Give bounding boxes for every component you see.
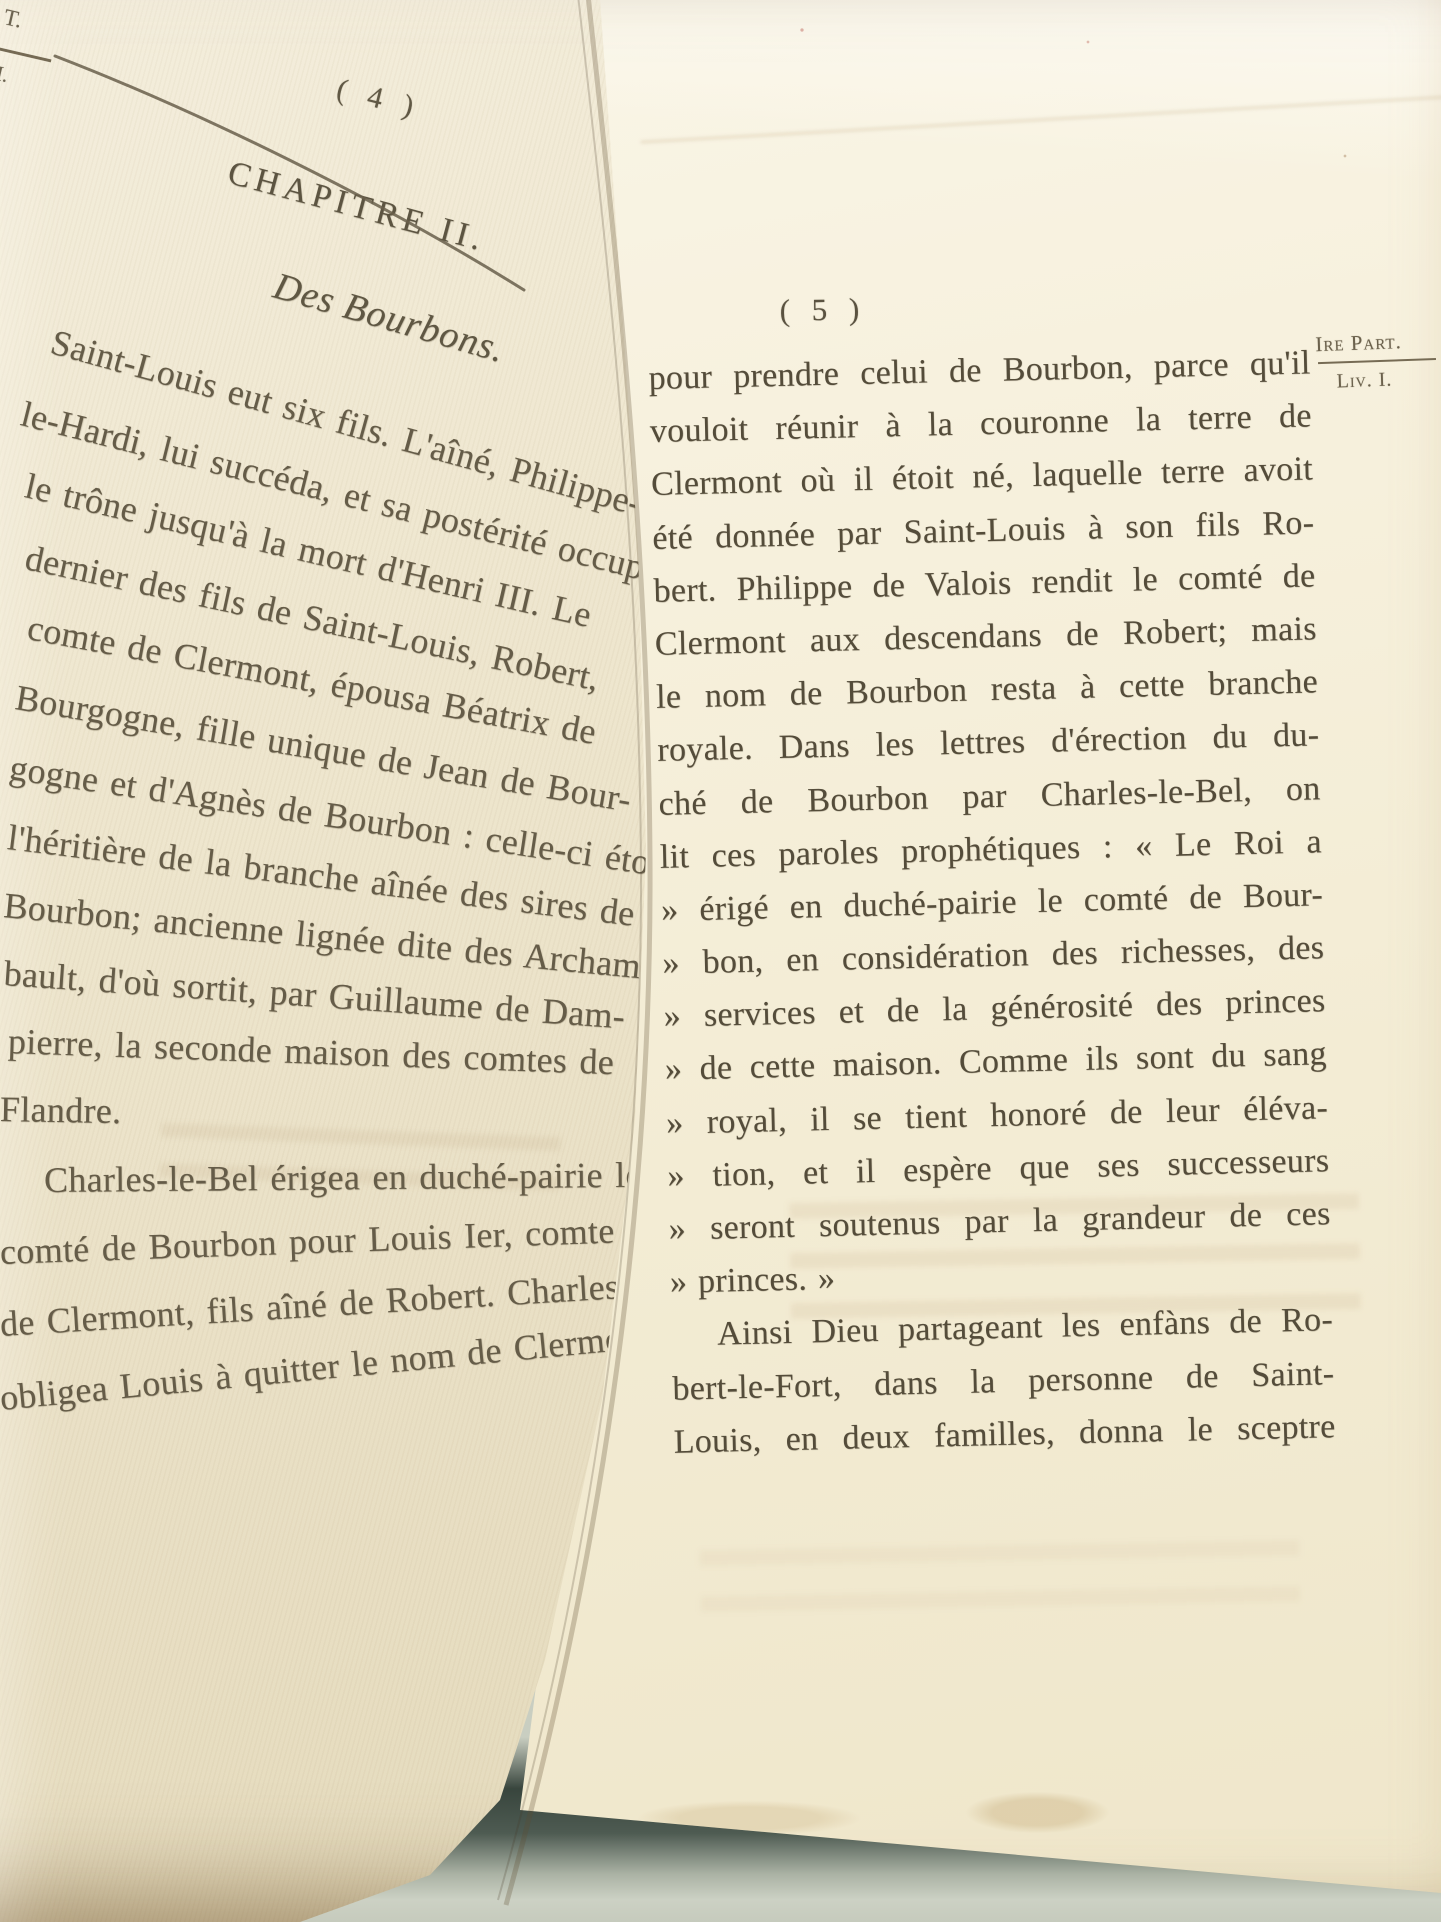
bleedthrough-text-smudge [699,1540,1300,1620]
page-top-stain [641,95,1441,143]
margin-note-part: Ire Part. [1315,328,1441,357]
text-line: Charles-le-Bel érigea en duché-pairie le [44,1155,642,1200]
open-book-photo: ( 5 ) Ire Part. Liv. I. pour prendre cel… [0,0,1441,1922]
text-line: pierre, la seconde maison des comtes de [7,1021,615,1082]
text-line: Flandre. [0,1089,122,1131]
page-number-right: ( 5 ) [758,291,889,329]
margin-note-rule [1318,358,1436,364]
text-line: comté de Bourbon pour Louis Ier, comte [0,1211,615,1272]
margin-note-liv: Liv. I. [1316,367,1441,394]
margin-note: Ire Part. Liv. I. [1315,328,1441,394]
right-page-text-block: pour prendre celui de Bourbon, parce qu'… [648,336,1336,1468]
